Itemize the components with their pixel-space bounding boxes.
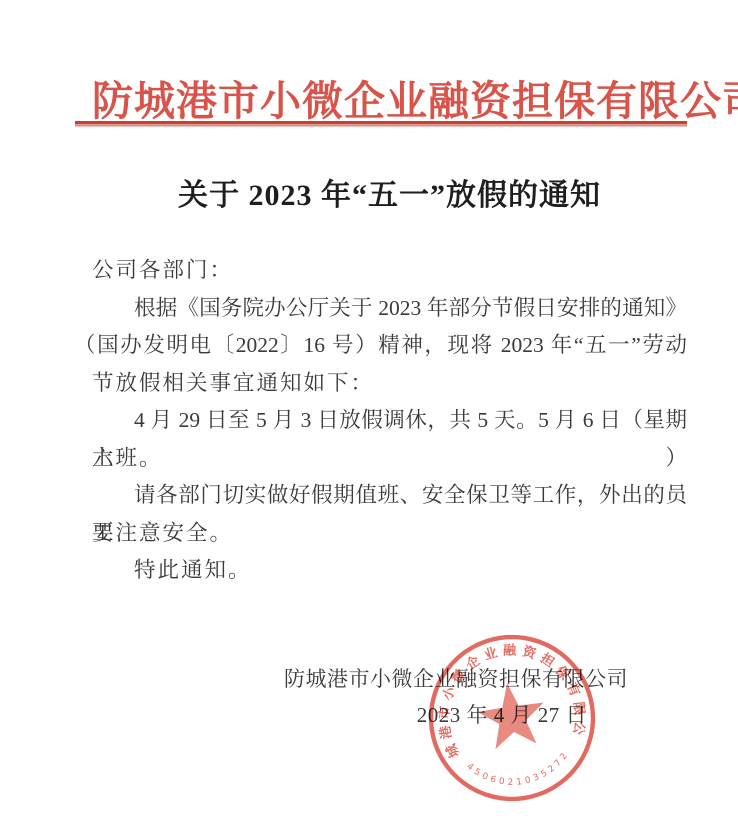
notice-title: 关于 2023 年“五一”放假的通知 <box>92 170 687 214</box>
document-page: 防城港市小微企业融资担保有限公司 关于 2023 年“五一”放假的通知 公司各部… <box>0 0 738 834</box>
body-line: 根据《国务院办公厅关于 2023 年部分节假日安排的通知》 <box>92 290 687 328</box>
body-line: 要注意安全。 <box>92 515 687 553</box>
seal-arc-company-name: 防城港市小微企业融资担保有限公司 <box>424 630 592 764</box>
seal-serial-number: 4506021035272 <box>464 748 576 795</box>
signature-date: 2023 年 4 月 27 日 <box>417 702 587 728</box>
body-line-salutation: 公司各部门： <box>92 252 687 290</box>
notice-body: 公司各部门： 根据《国务院办公厅关于 2023 年部分节假日安排的通知》 （国办… <box>92 252 687 590</box>
letterhead-company-name: 防城港市小微企业融资担保有限公司 <box>92 68 687 127</box>
letterhead-divider <box>75 121 687 127</box>
body-line-closing: 特此通知。 <box>92 552 687 590</box>
signature-company-name: 防城港市小微企业融资担保有限公司 <box>284 666 628 692</box>
body-line: （国办发明电〔2022〕16 号）精神，现将 2023 年“五一”劳动 <box>74 327 687 365</box>
body-line: 节放假相关事宜通知如下： <box>92 365 687 403</box>
body-line: 请各部门切实做好假期值班、安全保卫等工作，外出的员工 <box>92 477 687 515</box>
body-line: 4 月 29 日至 5 月 3 日放假调休，共 5 天。5 月 6 日（星期六） <box>92 402 687 440</box>
